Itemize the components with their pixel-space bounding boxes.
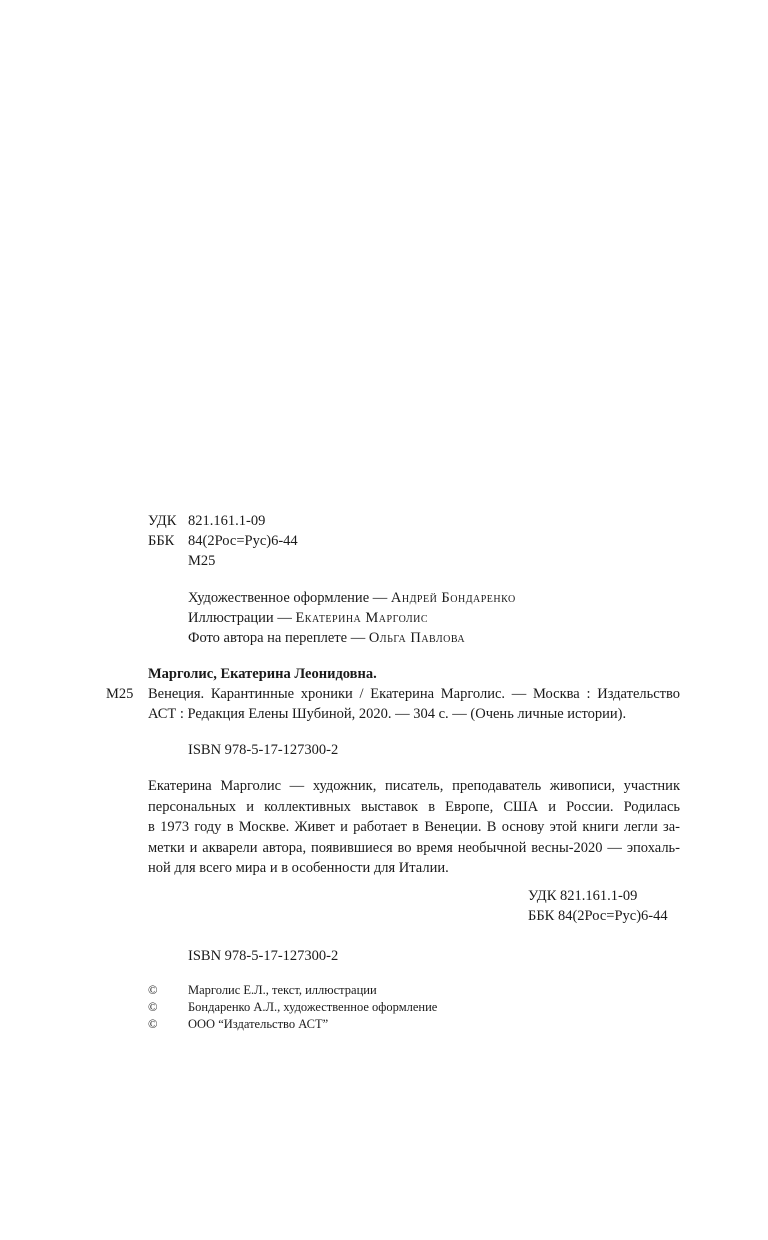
udk-label: УДК xyxy=(148,511,176,531)
author-mark: М25 xyxy=(188,551,215,571)
annotation-line: ной для всего мира и в особенности для И… xyxy=(148,858,680,879)
author-heading: Марголис, Екатерина Леонидовна. xyxy=(148,664,377,684)
credit-role: Иллюстрации — xyxy=(188,610,295,626)
credit-line-design: Художественное оформление — Андрей Бонда… xyxy=(188,588,516,608)
author-mark-margin: М25 xyxy=(106,684,133,704)
footer-bbk: ББК 84(2Рос=Рус)6-44 xyxy=(528,906,668,926)
annotation-line: в 1973 году в Москве. Живет и работает в… xyxy=(148,817,680,838)
copyright-text: ООО “Издательство АСТ” xyxy=(188,1016,328,1033)
description-line-1: Венеция. Карантинные хроники / Екатерина… xyxy=(148,684,680,704)
annotation-paragraph: Екатерина Марголис — художник, писатель,… xyxy=(148,776,680,879)
annotation-line: персональных и коллективных выставок в Е… xyxy=(148,797,680,818)
annotation-line: метки и акварели автора, появившиеся во … xyxy=(148,838,680,859)
description-line-2: АСТ : Редакция Елены Шубиной, 2020. — 30… xyxy=(148,704,626,724)
bbk-value: 84(2Рос=Рус)6-44 xyxy=(188,531,298,551)
copyright-text: Бондаренко А.Л., художественное оформлен… xyxy=(188,999,437,1016)
credit-role: Фото автора на переплете — xyxy=(188,630,369,646)
isbn-repeat: ISBN 978-5-17-127300-2 xyxy=(188,946,338,966)
copyright-icon: © xyxy=(148,1016,158,1033)
credit-line-photo: Фото автора на переплете — Ольга Павлова xyxy=(188,628,465,648)
udk-value: 821.161.1-09 xyxy=(188,511,265,531)
footer-udk: УДК 821.161.1-09 xyxy=(528,886,637,906)
copyright-icon: © xyxy=(148,982,158,999)
credit-line-illustrations: Иллюстрации — Екатерина Марголис xyxy=(188,608,428,628)
credit-name: Екатерина Марголис xyxy=(295,610,428,626)
copyright-icon: © xyxy=(148,999,158,1016)
annotation-line: Екатерина Марголис — художник, писатель,… xyxy=(148,776,680,797)
copyright-text: Марголис Е.Л., текст, иллюстрации xyxy=(188,982,377,999)
credit-name: Ольга Павлова xyxy=(369,630,465,646)
credit-role: Художественное оформление — xyxy=(188,590,391,606)
bbk-label: ББК xyxy=(148,531,174,551)
credit-name: Андрей Бондаренко xyxy=(391,590,516,606)
isbn: ISBN 978-5-17-127300-2 xyxy=(188,740,338,760)
